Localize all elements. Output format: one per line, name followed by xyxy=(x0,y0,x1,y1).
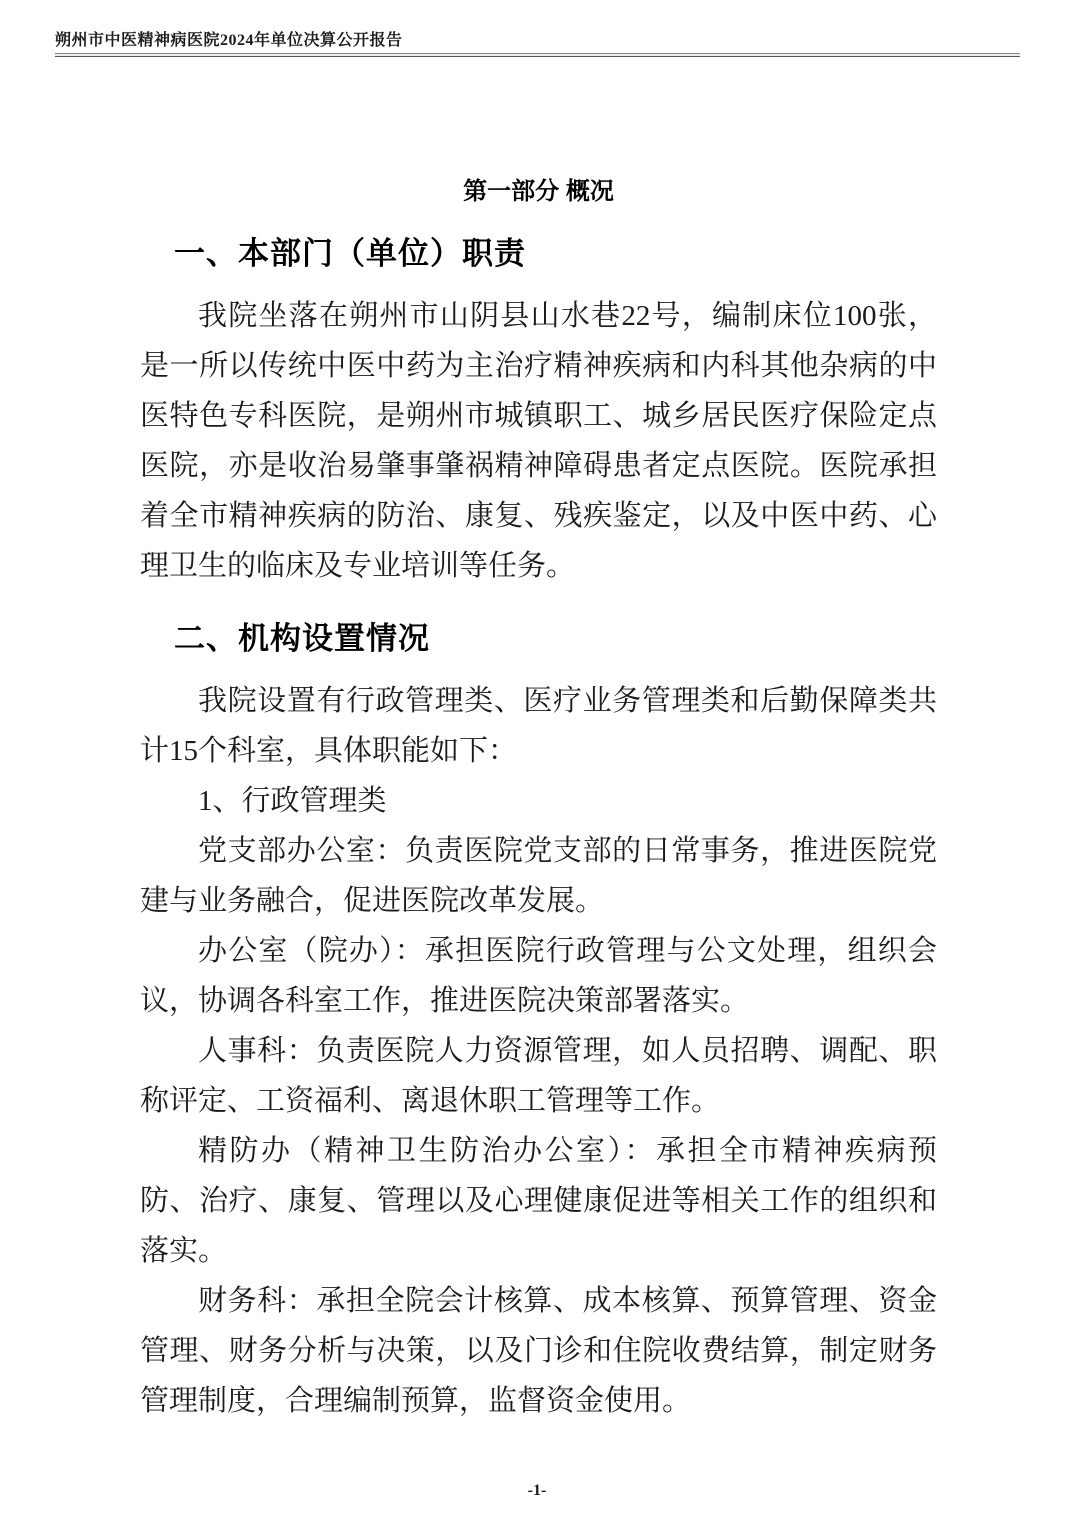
document-page: 朔州市中医精神病医院2024年单位决算公开报告 第一部分 概况 一、本部门（单位… xyxy=(0,0,1074,1520)
page-header-text: 朔州市中医精神病医院2024年单位决算公开报告 xyxy=(55,31,403,51)
paragraph: 精防办（精神卫生防治办公室）：承担全市精神疾病预防、治疗、康复、管理以及心理健康… xyxy=(140,1126,937,1276)
header-divider xyxy=(55,53,1020,57)
section-duties: 一、本部门（单位）职责 我院坐落在朔州市山阴县山水巷22号，编制床位100张，是… xyxy=(140,236,937,591)
paragraph: 人事科：负责医院人力资源管理，如人员招聘、调配、职称评定、工资福利、离退休职工管… xyxy=(140,1026,937,1126)
paragraph: 我院坐落在朔州市山阴县山水巷22号，编制床位100张，是一所以传统中医中药为主治… xyxy=(140,291,937,591)
paragraph: 财务科：承担全院会计核算、成本核算、预算管理、资金管理、财务分析与决策，以及门诊… xyxy=(140,1276,937,1426)
section-heading-organization: 二、机构设置情况 xyxy=(174,621,937,657)
section-organization: 二、机构设置情况 我院设置有行政管理类、医疗业务管理类和后勤保障类共计15个科室… xyxy=(140,621,937,1426)
page-number: -1- xyxy=(0,1482,1074,1500)
paragraph: 办公室（院办）：承担医院行政管理与公文处理，组织会议，协调各科室工作，推进医院决… xyxy=(140,926,937,1026)
document-body: 第一部分 概况 一、本部门（单位）职责 我院坐落在朔州市山阴县山水巷22号，编制… xyxy=(140,178,937,1426)
paragraph: 1、行政管理类 xyxy=(140,776,937,826)
section-heading-duties: 一、本部门（单位）职责 xyxy=(174,236,937,272)
paragraph: 党支部办公室：负责医院党支部的日常事务，推进医院党建与业务融合，促进医院改革发展… xyxy=(140,826,937,926)
part-title: 第一部分 概况 xyxy=(140,178,937,206)
paragraph: 我院设置有行政管理类、医疗业务管理类和后勤保障类共计15个科室，具体职能如下： xyxy=(140,676,937,776)
